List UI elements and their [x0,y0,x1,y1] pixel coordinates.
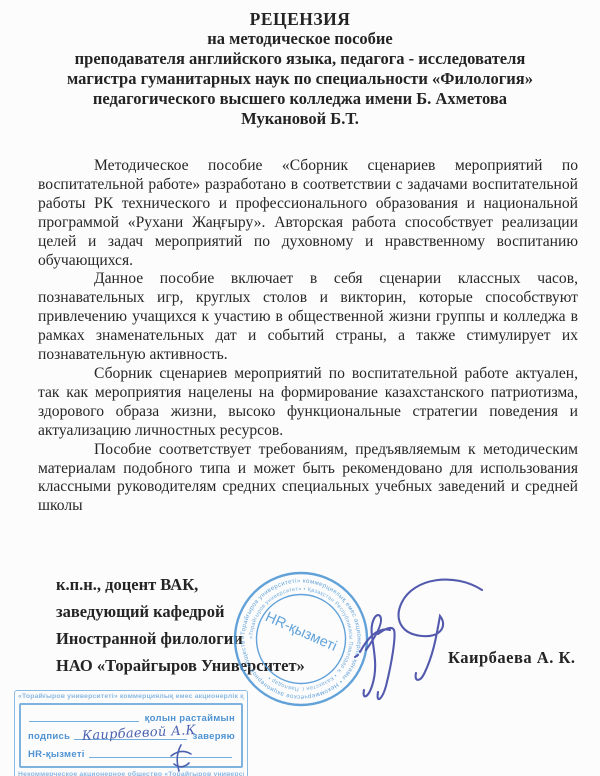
paragraph-3: Сборник сценариев мероприятий по воспита… [38,365,578,441]
document-body: Методическое пособие «Сборник сценариев … [0,157,600,516]
paragraph-1: Методическое пособие «Сборник сценариев … [38,157,578,270]
paragraph-2: Данное пособие включает в себя сценарии … [38,270,578,365]
hr-signature-line [89,757,232,758]
signature-cross-stroke [360,629,390,652]
stamp-inner-box: қолын растаймын подпись Каирбаевой А.К з… [19,703,243,768]
signature-line-blank [29,721,139,722]
title-line-4: магистра гуманитарных наук по специально… [0,69,600,89]
scanned-review-document: РЕЦЕНЗИЯ на методическое пособие препода… [0,0,600,776]
signature-descender-stroke [378,628,395,699]
title-line-3: преподавателя английского языка, педагог… [0,49,600,69]
title-line-2: на методическое пособие [0,29,600,49]
signature-loop-stroke [364,615,381,696]
handwritten-name: Каирбаевой А.К [82,723,197,744]
signature-line-filled: Каирбаевой А.К [74,739,186,740]
title-line-5: педагогического высшего колледжа имени Б… [0,89,600,109]
stamp-top-caption: «Торайғыров университеті» коммерциялық е… [18,692,244,701]
signature-ink [330,574,490,709]
certify-label-ru: заверяю [191,731,236,743]
hr-service-label: HR-қызметі [26,749,86,761]
title-line-1: РЕЦЕНЗИЯ [0,9,600,29]
stamp-center-text: HR-қызметі [263,609,339,655]
handwritten-initials [163,743,197,773]
stamp-row-signature: подпись Каирбаевой А.К заверяю [26,725,236,743]
signature-label-ru: подпись [26,731,71,743]
document-title-block: РЕЦЕНЗИЯ на методическое пособие препода… [0,0,600,129]
stamp-row-confirm: қолын растаймын [26,707,236,725]
stamp-bottom-caption: Некоммерческое акционерное общество «Тор… [18,770,244,776]
title-line-6: Мукановой Б.Т. [0,109,600,129]
paragraph-4: Пособие соответствует требованиям, предъ… [38,441,578,517]
stamp-row-hr: HR-қызметі [26,743,236,761]
signature-dot-stroke [355,655,358,657]
signature-sweep-stroke [399,580,482,680]
certification-stamp: «Торайғыров университеті» коммерциялық е… [14,690,248,776]
